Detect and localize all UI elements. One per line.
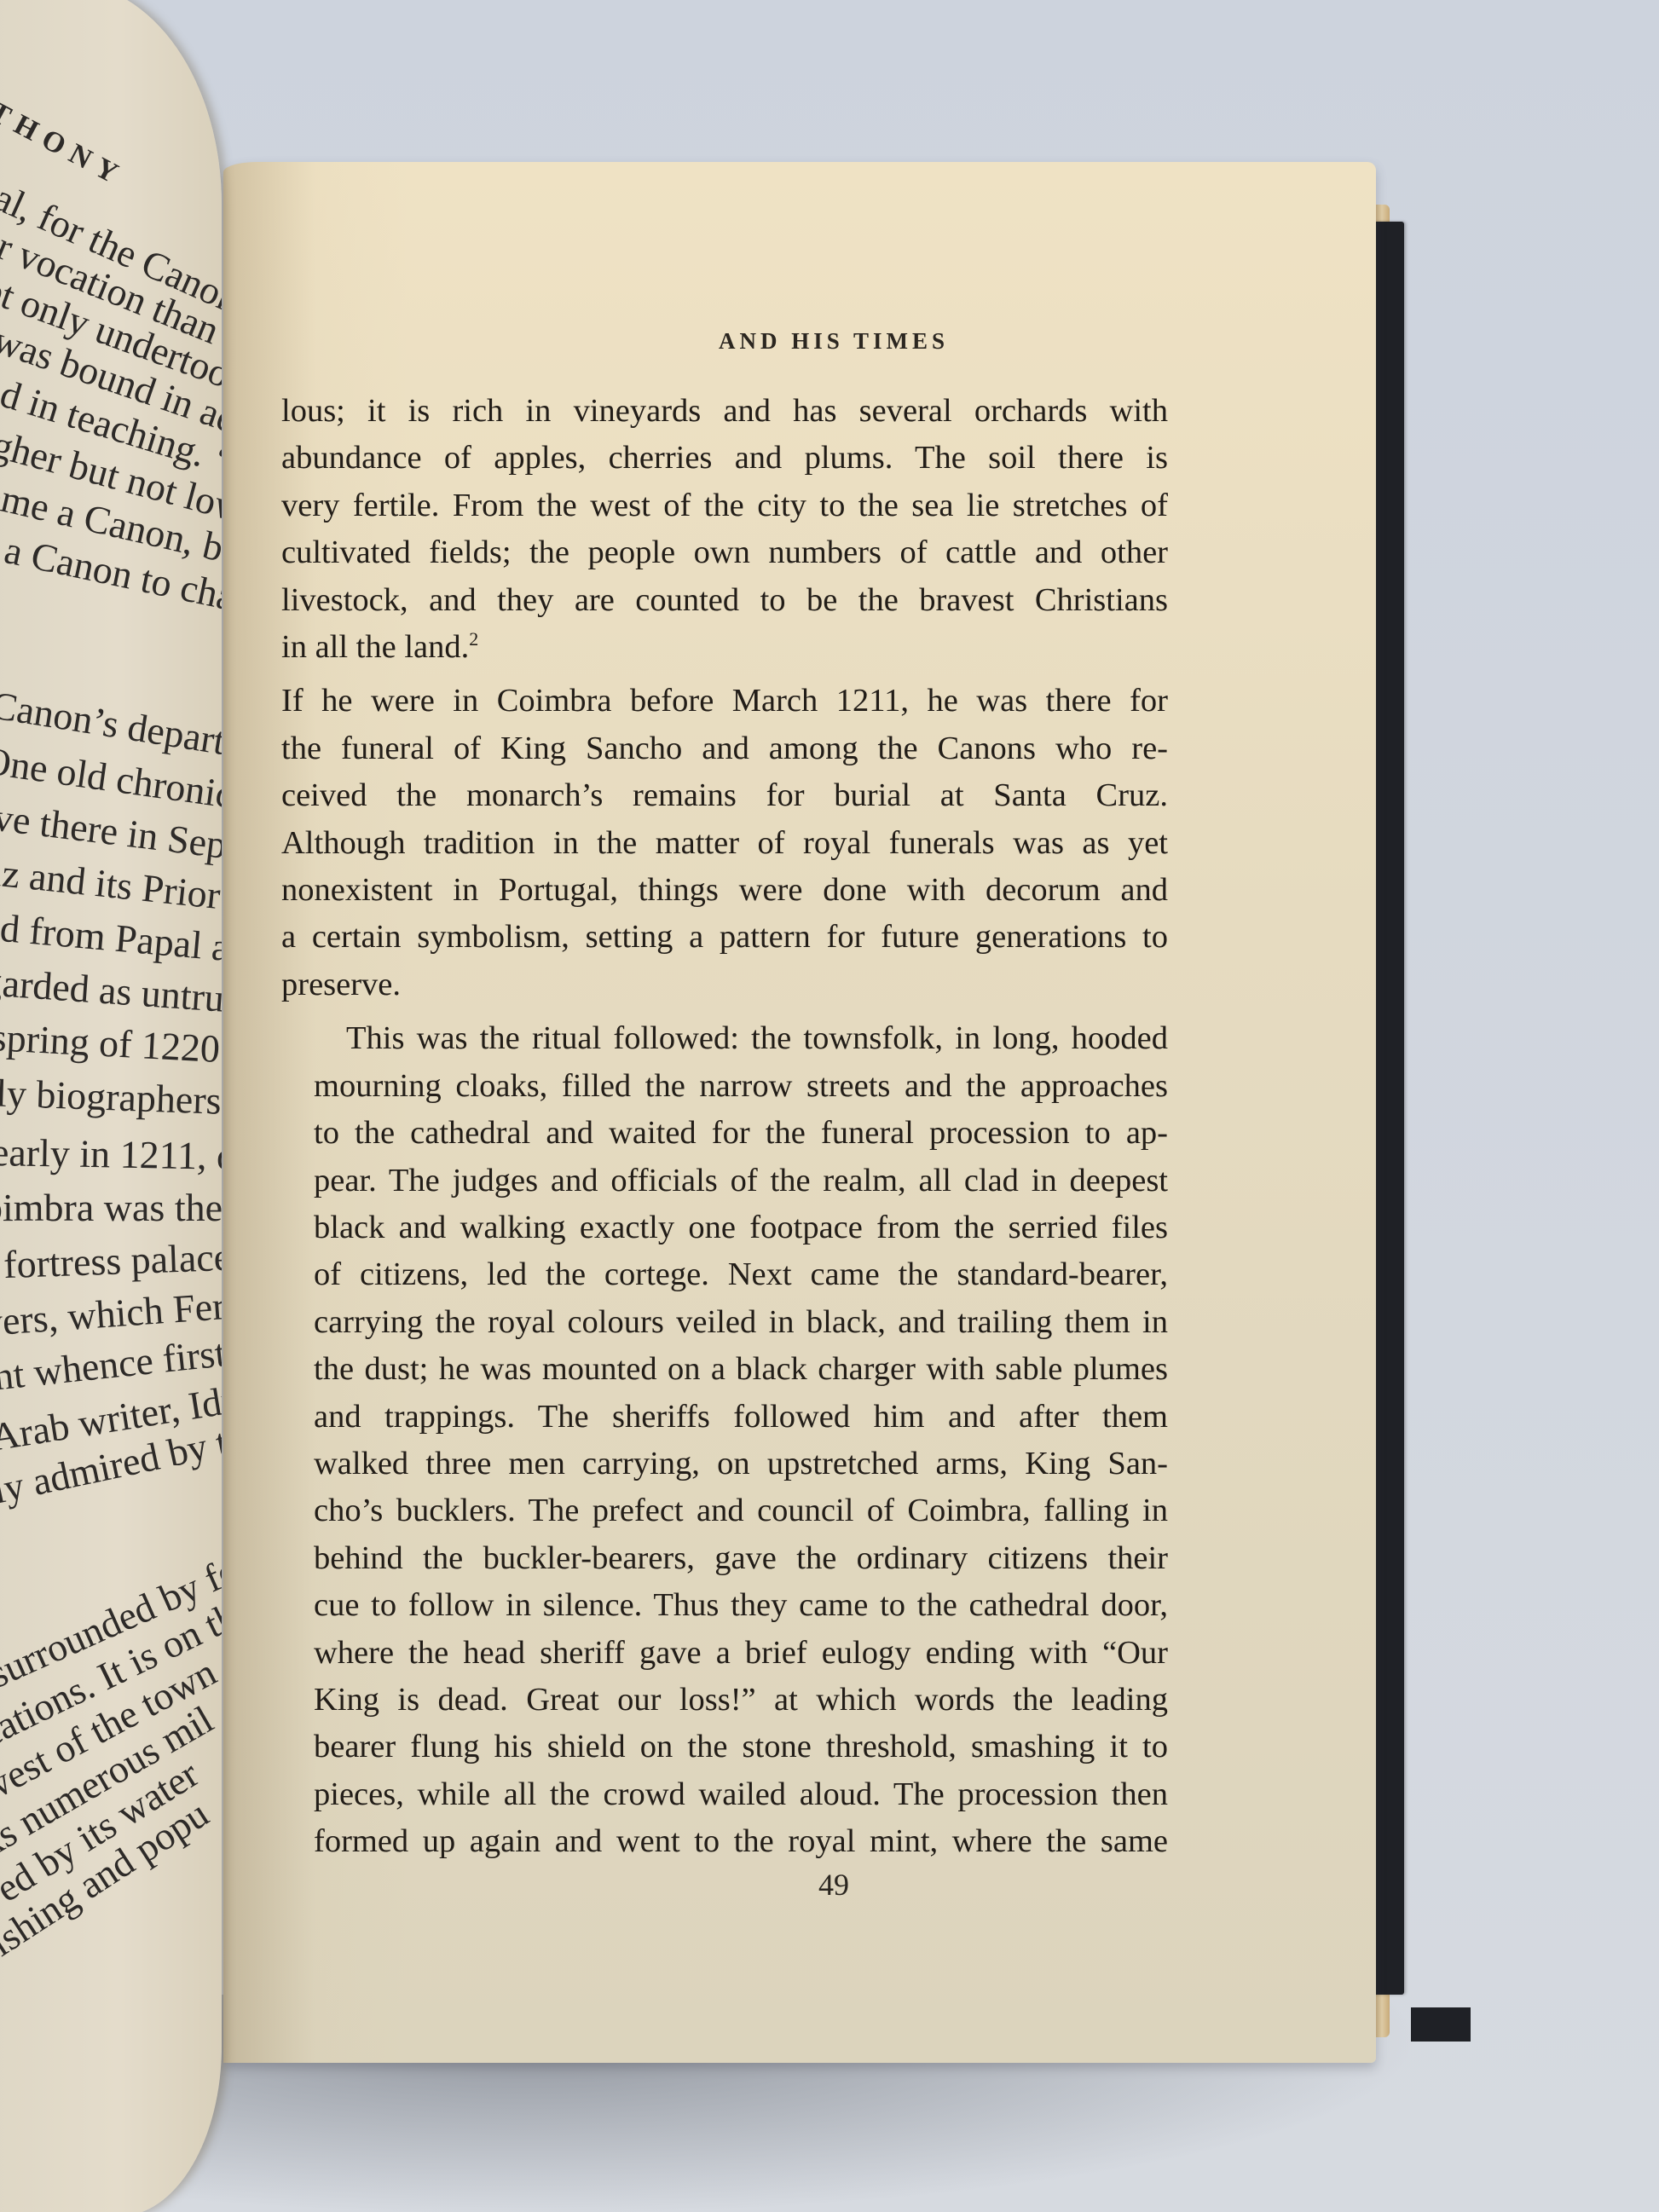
text-line: pieces, while all the crowd wailed aloud… <box>281 1771 1168 1818</box>
text-line: formed up again and went to the royal mi… <box>281 1818 1168 1865</box>
text-line: to the cathedral and waited for the fune… <box>281 1110 1168 1157</box>
text-line: spring of 1220 and <box>0 1014 222 1075</box>
text-line: cho’s bucklers. The prefect and council … <box>281 1487 1168 1534</box>
photo-scene: AND HIS TIMES lous; it is rich in vineya… <box>0 0 1659 2212</box>
text-line: carrying the royal colours veiled in bla… <box>281 1299 1168 1346</box>
text-line: Although tradition in the matter of roya… <box>281 820 1168 867</box>
text-line: pear. The judges and officials of the re… <box>281 1158 1168 1204</box>
text-line: mourning cloaks, filled the narrow stree… <box>281 1063 1168 1110</box>
text-line: the dust; he was mounted on a black char… <box>281 1346 1168 1393</box>
text-line: abundance of apples, cherries and plums.… <box>281 435 1168 482</box>
page-number: 49 <box>223 1867 1376 1903</box>
body-text: lous; it is rich in vineyards and has se… <box>281 388 1168 1866</box>
text-line: ceived the monarch’s remains for burial … <box>281 772 1168 819</box>
text-line: oimbra was then t <box>0 1185 222 1230</box>
text-line: preserve. <box>281 962 1168 1008</box>
text-line: early in 1211, or p <box>0 1129 222 1180</box>
text-line: cultivated fields; the people own number… <box>281 529 1168 576</box>
paragraph-1: lous; it is rich in vineyards and has se… <box>281 388 1168 671</box>
text-line: rly biographers to h <box>0 1070 222 1126</box>
text-line: bearer flung his shield on the stone thr… <box>281 1724 1168 1770</box>
text-line: nonexistent in Portugal, things were don… <box>281 867 1168 914</box>
text-line: cue to follow in silence. Thus they came… <box>281 1582 1168 1629</box>
left-page-text: THONY sal, for the Canons R er vocation … <box>0 0 222 2212</box>
text-line: This was the ritual followed: the townsf… <box>281 1015 1168 1062</box>
text-line: King is dead. Great our loss!” at which … <box>281 1677 1168 1724</box>
text-line: of citizens, led the cortege. Next came … <box>281 1251 1168 1298</box>
text-line: the funeral of King Sancho and among the… <box>281 725 1168 772</box>
text-line: a certain symbolism, setting a pattern f… <box>281 914 1168 961</box>
text-line: and trappings. The sheriffs followed him… <box>281 1394 1168 1441</box>
running-head: AND HIS TIMES <box>223 328 1376 355</box>
text-line: where the head sheriff gave a brief eulo… <box>281 1630 1168 1677</box>
text-line: black and walking exactly one footpace f… <box>281 1204 1168 1251</box>
left-running-head: THONY <box>0 95 130 194</box>
text-line: lous; it is rich in vineyards and has se… <box>281 388 1168 435</box>
paragraph-2: If he were in Coimbra before March 1211,… <box>281 678 1168 1008</box>
book-cover-corner <box>1411 2007 1471 2042</box>
text-line: walked three men carrying, on upstretche… <box>281 1441 1168 1487</box>
text-line: livestock, and they are counted to be th… <box>281 577 1168 624</box>
text-line: If he were in Coimbra before March 1211,… <box>281 678 1168 725</box>
text-line: t fortress palace. Th <box>0 1232 222 1288</box>
text-line: in all the land.2 <box>281 624 1168 671</box>
right-page: AND HIS TIMES lous; it is rich in vineya… <box>223 162 1376 2063</box>
left-page: THONY sal, for the Canons R er vocation … <box>0 0 222 2212</box>
paragraph-3: This was the ritual followed: the townsf… <box>281 1015 1168 1865</box>
text-line: behind the buckler-bearers, gave the ord… <box>281 1535 1168 1582</box>
text-line: very fertile. From the west of the city … <box>281 482 1168 529</box>
footnote-marker: 2 <box>469 628 478 650</box>
